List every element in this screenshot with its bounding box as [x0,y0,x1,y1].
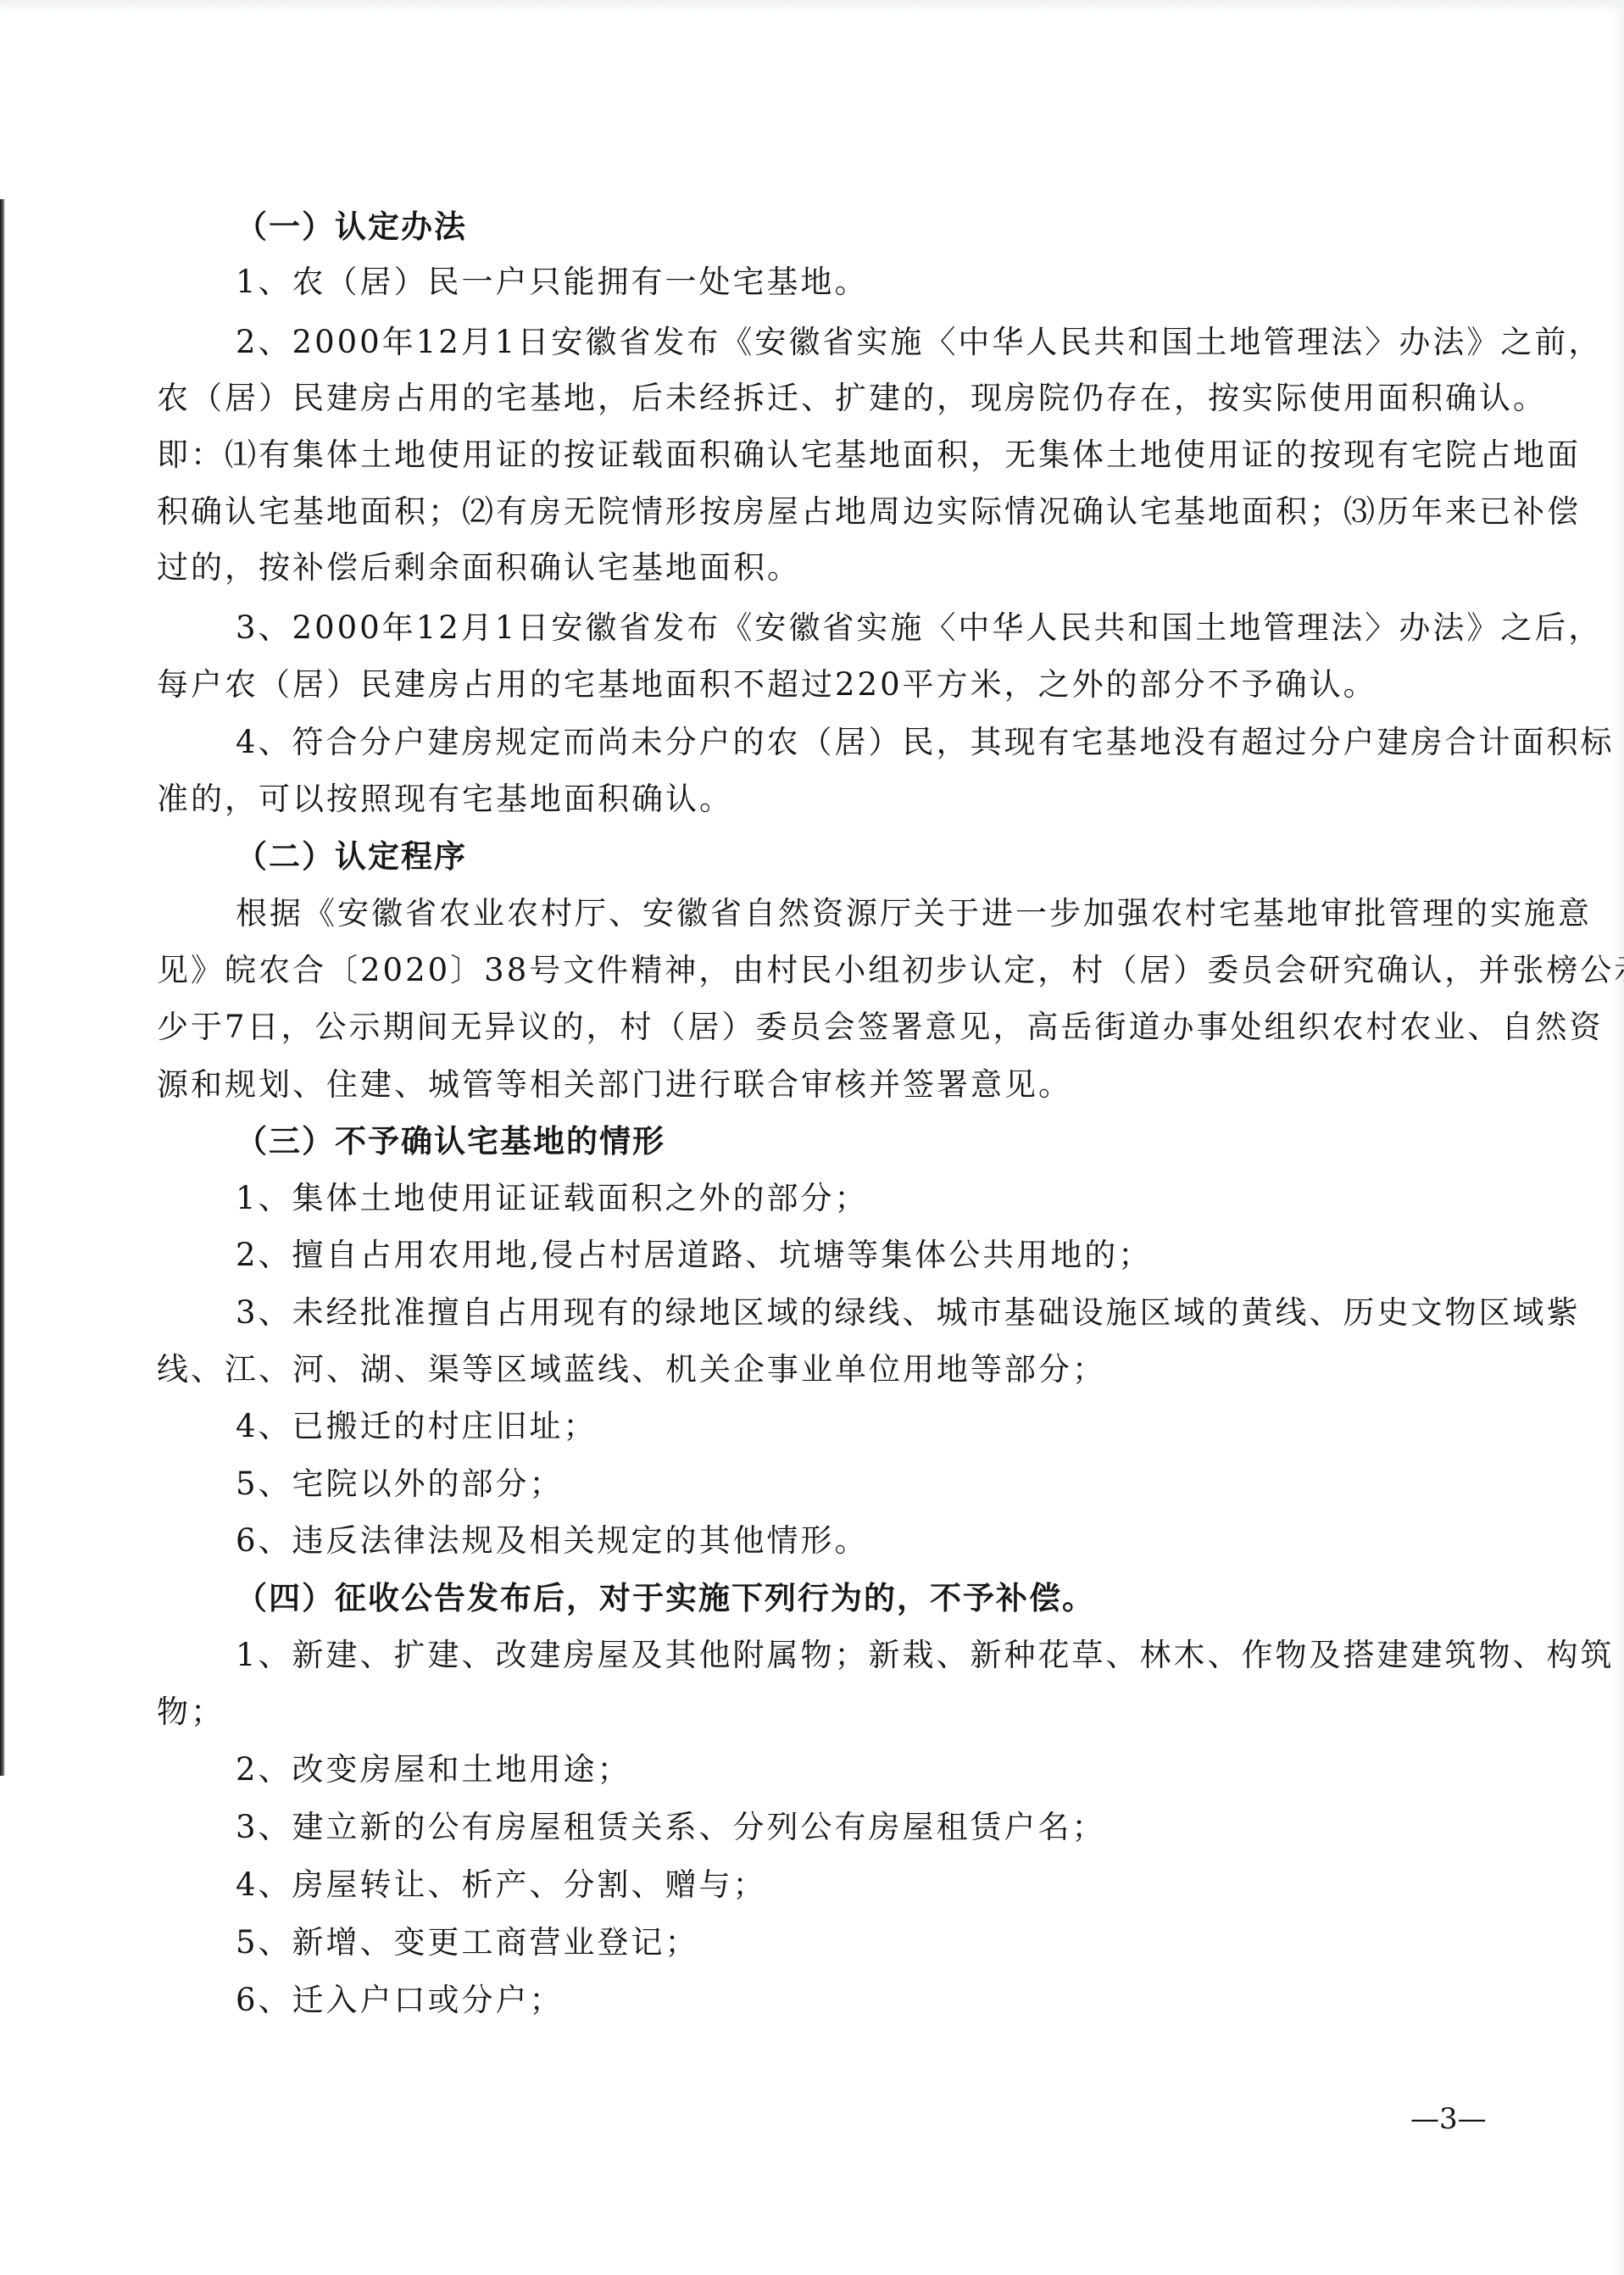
list-item: 1、集体土地使用证证载面积之外的部分； [236,1180,869,1217]
paragraph-line: 见》皖农合〔2020〕38号文件精神，由村民小组初步认定，村（居）委员会研究确认… [157,952,1624,989]
paragraph-line: 过的，按补偿后剩余面积确认宅基地面积。 [157,549,801,587]
list-item: 1、新建、扩建、改建房屋及其他附属物；新栽、新种花草、林木、作物及搭建建筑物、构… [236,1637,1615,1674]
paragraph-line: 准的，可以按照现有宅基地面积确认。 [157,781,733,818]
list-item: 4、房屋转让、析产、分割、赠与； [236,1866,767,1904]
list-item: 5、新增、变更工商营业登记； [236,1924,699,1961]
paragraph-line: 1、农（居）民一户只能拥有一处宅基地。 [236,264,869,301]
paragraph-line: 每户农（居）民建房占用的宅基地面积不超过220平方米，之外的部分不予确认。 [157,666,1377,704]
paragraph-line: 农（居）民建房占用的宅基地，后未经拆迁、扩建的，现房院仍存在，按实际使用面积确认… [157,380,1547,417]
list-item: 3、建立新的公有房屋租赁关系、分列公有房屋租赁户名； [236,1809,1106,1846]
section-heading-1: （一）认定办法 [236,208,467,245]
list-item: 线、江、河、湖、渠等区域蓝线、机关企事业单位用地等部分； [157,1351,1106,1388]
scan-edge-right [1612,0,1624,2275]
list-item: 6、违反法律法规及相关规定的其他情形。 [236,1522,869,1560]
scan-edge-top [0,0,1624,14]
paragraph-line: 积确认宅基地面积；⑵有房无院情形按房屋占地周边实际情况确认宅基地面积；⑶历年来已… [157,493,1581,531]
list-item: 5、宅院以外的部分； [236,1466,564,1503]
list-item: 物； [157,1694,225,1731]
paragraph-line: 即：⑴有集体土地使用证的按证载面积确认宅基地面积，无集体土地使用证的按现有宅院占… [157,437,1581,474]
paragraph-line: 根据《安徽省农业农村厅、安徽省自然资源厅关于进一步加强农村宅基地审批管理的实施意 [236,895,1592,932]
scan-edge-left [0,199,5,1776]
list-item: 2、改变房屋和土地用途； [236,1751,631,1788]
list-item: 4、已搬迁的村庄旧址； [236,1408,598,1445]
paragraph-line: 2、2000年12月1日安徽省发布《安徽省实施〈中华人民共和国土地管理法〉办法》… [236,324,1602,361]
paragraph-line: 3、2000年12月1日安徽省发布《安徽省实施〈中华人民共和国土地管理法〉办法》… [236,609,1602,647]
section-heading-3: （三）不予确认宅基地的情形 [236,1122,665,1160]
paragraph-line: 少于7日，公示期间无异议的，村（居）委员会签署意见，高岳街道办事处组织农村农业、… [157,1009,1604,1046]
section-heading-4: （四）征收公告发布后，对于实施下列行为的，不予补偿。 [236,1579,1095,1616]
list-item: 6、迁入户口或分户； [236,1982,564,2019]
paragraph-line: 4、符合分户建房规定而尚未分户的农（居）民，其现有宅基地没有超过分户建房合计面积… [236,724,1615,761]
section-heading-2: （二）认定程序 [236,837,467,875]
list-item: 2、擅自占用农用地,侵占村居道路、坑塘等集体公共用地的； [236,1237,1152,1274]
list-item: 3、未经批准擅自占用现有的绿地区域的绿线、城市基础设施区域的黄线、历史文物区域紫 [236,1294,1581,1332]
page-number: —3— [1410,2102,1487,2136]
paragraph-line: 源和规划、住建、城管等相关部门进行联合审核并签署意见。 [157,1066,1072,1104]
